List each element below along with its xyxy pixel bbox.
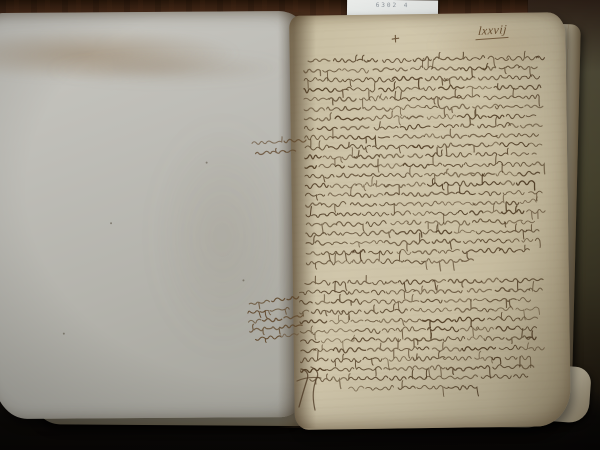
slip-label: 6302 4: [347, 0, 438, 9]
folio-number: lxxvij: [476, 23, 510, 40]
fox-spot: [242, 279, 244, 281]
scribal-flourish: [294, 364, 330, 414]
left-page: [0, 11, 307, 419]
fox-spot: [206, 162, 208, 164]
stain: [47, 55, 287, 83]
invocation-cross: +: [391, 30, 401, 49]
fox-spot: [110, 222, 112, 224]
fox-spot: [63, 333, 65, 335]
manuscript-photo: 6302 4 + lxxvij: [0, 0, 600, 450]
